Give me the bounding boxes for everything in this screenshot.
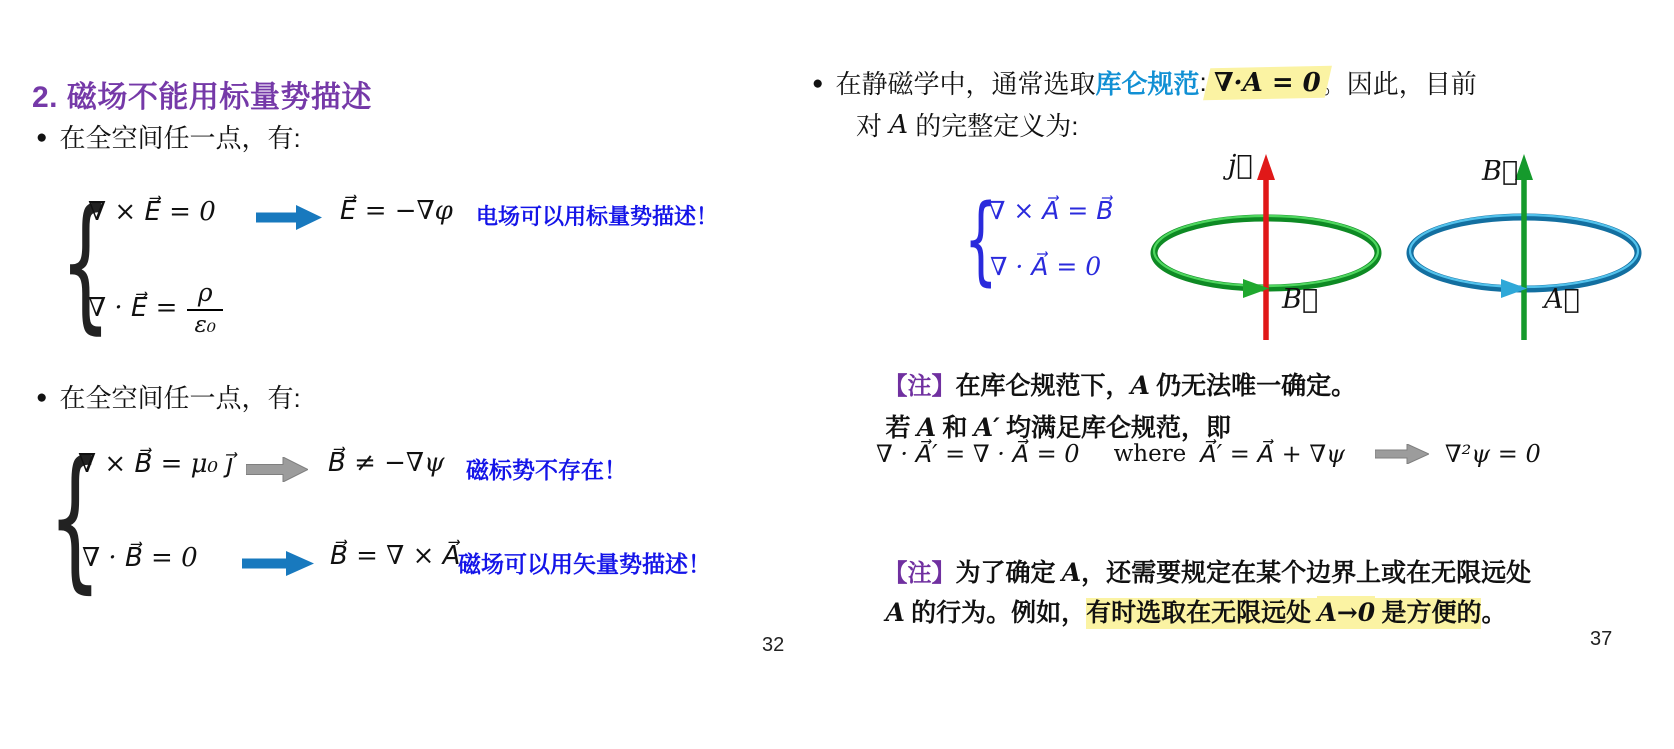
eq-B-vector-potential: B⃗ = ∇ × A⃗: [330, 541, 460, 571]
vector-potential-loop-diagram: [1393, 148, 1663, 343]
blue-block-arrow-icon: [242, 551, 314, 576]
note2-line2: A 的行为。例如，有时选取在无限远处 A→0 是方便的。: [848, 565, 1506, 657]
eq-div-E: ∇ · E⃗ = ρ ε₀: [88, 278, 223, 338]
where-word: where: [1114, 441, 1187, 467]
intro-line2-pre: 对: [856, 106, 889, 143]
slide-title: 2. 磁场不能用标量势描述: [32, 72, 372, 116]
label-field-B: B⃗: [1282, 284, 1318, 315]
eq-div-E-lhs: ∇ · E⃗ =: [88, 293, 177, 323]
note-vector-potential: 磁场可以用矢量势描述！: [458, 546, 711, 579]
gray-block-arrow-icon: [1375, 444, 1429, 464]
note1-l2-pre: 若: [886, 415, 917, 442]
label-potential-A: A⃗: [1544, 284, 1580, 315]
eq-div-B: ∇ · B⃗ = 0: [82, 543, 198, 573]
note2-highlight-post: 是方便的: [1375, 598, 1481, 629]
fraction-denominator: ε₀: [187, 309, 223, 338]
intro-line-1: ● 在静磁学中，通常选取 库仑规范 : ∇·A = 0 。因此，目前: [812, 64, 1477, 101]
slide-right: ● 在静磁学中，通常选取 库仑规范 : ∇·A = 0 。因此，目前 对 A 的…: [800, 0, 1674, 749]
gauge-condition-highlight: ∇·A = 0: [1214, 68, 1321, 98]
note2-l2-A: A: [886, 598, 905, 627]
bullet-line-2: ● 在全空间任一点，有:: [36, 378, 301, 415]
intro-text-pre: 在静磁学中，通常选取: [835, 64, 1095, 101]
note1-l2-mid: 和: [936, 415, 974, 442]
bullet-icon: ●: [812, 74, 823, 93]
intro-line2-post: 的完整定义为:: [908, 106, 1078, 143]
eq-curl-B: ∇ × B⃗ = μ₀ j⃗: [78, 449, 233, 479]
note1-l2-Aprime: A′: [974, 413, 1000, 442]
eq-B-no-scalar: B⃗ ≠ −∇ψ: [328, 448, 444, 478]
gray-block-arrow-icon: [246, 457, 308, 482]
current-loop-diagram: [1135, 148, 1395, 343]
slide-left: 2. 磁场不能用标量势描述 ● 在全空间任一点，有: { ∇ × E⃗ = 0 …: [0, 0, 800, 749]
coulomb-gauge-term: 库仑规范: [1096, 64, 1200, 101]
note1-l2-A: A: [917, 413, 936, 442]
label-current-j: j⃗: [1228, 150, 1253, 181]
intro-text-post: 。因此，目前: [1321, 64, 1477, 101]
intro-line2-A: A: [889, 110, 908, 140]
note1-l2-post: 均满足库仑规范，即: [1000, 415, 1231, 442]
intro-line-2: 对 A 的完整定义为:: [856, 106, 1078, 143]
page-number: 32: [762, 634, 784, 657]
bullet-icon: ●: [36, 388, 47, 407]
note-no-magnetic-scalar: 磁标势不存在！: [466, 452, 627, 485]
label-field-B2: B⃗: [1482, 156, 1518, 187]
fraction-rho-epsilon: ρ ε₀: [187, 278, 223, 338]
eq-gauge-equality: ∇ · A⃗′ = ∇ · A⃗ = 0: [876, 440, 1080, 468]
derivation-row: ∇ · A⃗′ = ∇ · A⃗ = 0 where A⃗′ = A⃗ + ∇ψ…: [876, 440, 1541, 468]
bullet-text: 在全空间任一点，有:: [59, 118, 300, 155]
bullet-text: 在全空间任一点，有:: [59, 378, 300, 415]
slides-canvas: 2. 磁场不能用标量势描述 ● 在全空间任一点，有: { ∇ × E⃗ = 0 …: [0, 0, 1674, 749]
bullet-icon: ●: [36, 128, 47, 147]
note2-period: 。: [1481, 600, 1506, 627]
eq-E-scalar-potential: E⃗ = −∇φ: [340, 196, 453, 226]
bullet-line-1: ● 在全空间任一点，有:: [36, 118, 301, 155]
note2-highlight-A0: A→0: [1317, 596, 1375, 629]
note2-highlight-pre: 有时选取在无限远处: [1086, 598, 1317, 629]
page-number: 37: [1590, 628, 1612, 651]
blue-block-arrow-icon: [256, 205, 322, 230]
fraction-numerator: ρ: [191, 278, 220, 309]
eq-laplace-psi: ∇²ψ = 0: [1445, 440, 1541, 468]
eq-gauge-transform: A⃗′ = A⃗ + ∇ψ: [1200, 440, 1345, 468]
eq-div-A: ∇ · A⃗ = 0: [990, 252, 1101, 281]
note-electric-scalar: 电场可以用标量势描述！: [476, 200, 718, 231]
eq-curl-E: ∇ × E⃗ = 0: [88, 197, 216, 227]
note2-l2-mid: 的行为。例如，: [905, 600, 1086, 627]
eq-curl-A: ∇ × A⃗ = B⃗: [988, 196, 1113, 225]
